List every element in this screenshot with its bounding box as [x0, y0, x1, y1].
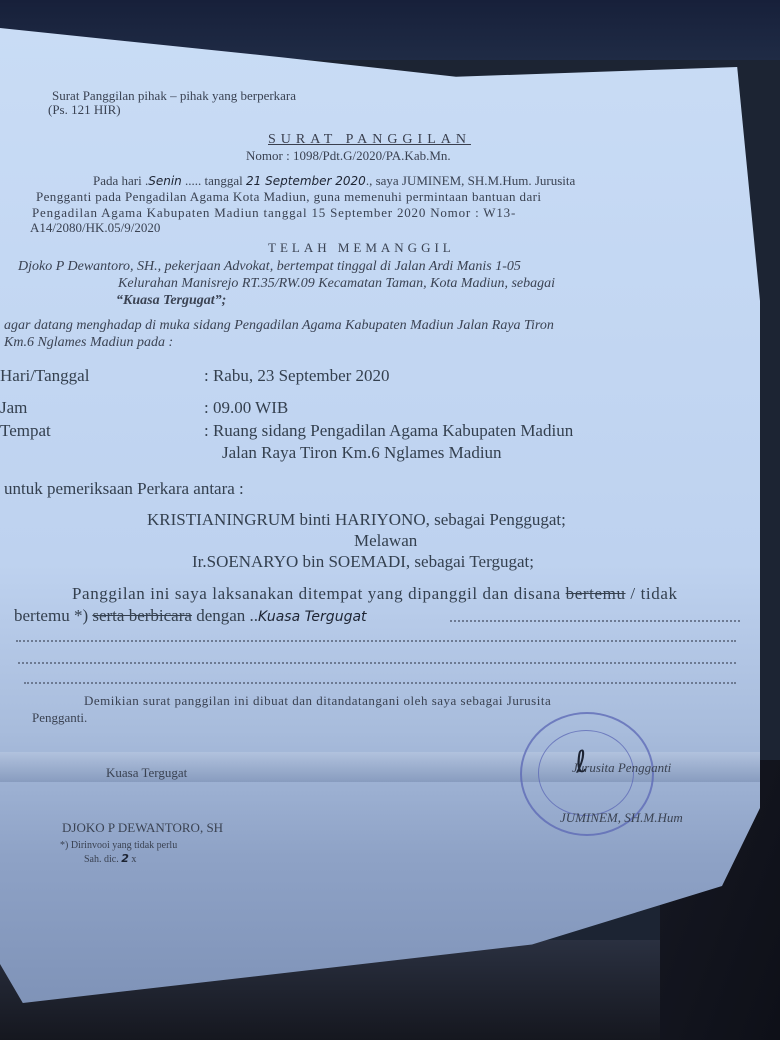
execution-line2-start: bertemu *) [14, 606, 88, 625]
intro-line2: Pengganti pada Pengadilan Agama Kota Mad… [36, 189, 541, 205]
handwritten-count: 2 [121, 852, 129, 865]
closing-line2: Pengganti. [32, 710, 87, 726]
closing-line1: Demikian surat panggilan ini dibuat dan … [84, 693, 551, 709]
document-title: SURAT PANGGILAN [268, 132, 471, 148]
dotted-line [24, 682, 736, 684]
execution-line1: Panggilan ini saya laksanakan ditempat y… [72, 584, 678, 604]
footnote-prefix: Sah. dic. [84, 854, 119, 865]
schedule-label-place: Tempat [0, 421, 51, 441]
dotted-line [16, 640, 736, 642]
execution-line1-end: / tidak [630, 584, 677, 603]
schedule-value-place-line2: Jalan Raya Tiron Km.6 Nglames Madiun [222, 443, 502, 463]
pada-hari-label: Pada hari . [93, 173, 148, 188]
struck-serta-berbicara: serta berbicara [92, 606, 192, 625]
signature-right-name: JUMINEM, SH.M.Hum [560, 810, 683, 826]
schedule-value-date: : Rabu, 23 September 2020 [204, 366, 390, 386]
handwritten-met-with: Kuasa Tergugat [258, 609, 367, 625]
execution-line1-text: Panggilan ini saya laksanakan ditempat y… [72, 584, 561, 603]
schedule-value-place: : Ruang sidang Pengadilan Agama Kabupate… [204, 421, 573, 441]
intro-line1: Pada hari .Senin ..... tanggal 21 Septem… [93, 173, 575, 189]
intro-line3: Pengadilan Agama Kabupaten Madiun tangga… [32, 205, 516, 221]
summoned-line1: Djoko P Dewantoro, SH., pekerjaan Advoka… [18, 259, 521, 275]
tanggal-label: ..... tanggal [185, 173, 243, 188]
appearance-line1: agar datang menghadap di muka sidang Pen… [4, 318, 554, 334]
footnote-suffix: x [131, 854, 136, 865]
dotted-line [450, 620, 740, 622]
execution-line2: bertemu *) serta berbicara dengan ..Kuas… [14, 606, 367, 626]
summons-document: Surat Panggilan pihak – pihak yang berpe… [0, 0, 780, 1040]
document-number: Nomor : 1098/Pdt.G/2020/PA.Kab.Mn. [246, 148, 451, 164]
summoned-heading: TELAH MEMANGGIL [268, 240, 455, 256]
caption-line2: (Ps. 121 HIR) [48, 102, 121, 118]
dotted-line [18, 662, 736, 664]
summoned-line2: Kelurahan Manisrejo RT.35/RW.09 Kecamata… [118, 276, 555, 292]
case-versus: Melawan [354, 531, 417, 551]
case-plaintiff: KRISTIANINGRUM binti HARIYONO, sebagai P… [147, 510, 566, 530]
footnote-line1: *) Dirinvooi yang tidak perlu [60, 840, 177, 851]
case-defendant: Ir.SOENARYO bin SOEMADI, sebagai Terguga… [192, 552, 534, 572]
case-intro: untuk pemeriksaan Perkara antara : [4, 479, 244, 499]
handwritten-day: Senin [148, 174, 182, 188]
signature-left-title: Kuasa Tergugat [106, 765, 187, 781]
intro-line4: A14/2080/HK.05/9/2020 [30, 220, 160, 236]
summoned-role: “Kuasa Tergugat”; [116, 293, 226, 309]
handwritten-date: 21 September 2020 [246, 174, 366, 188]
schedule-label-date: Hari/Tanggal [0, 366, 89, 386]
intro-line1-rest: ., saya JUMINEM, SH.M.Hum. Jurusita [366, 173, 575, 188]
signature-left-name: DJOKO P DEWANTORO, SH [62, 820, 223, 836]
schedule-value-time: : 09.00 WIB [204, 398, 288, 418]
execution-line2-mid: dengan .. [196, 606, 258, 625]
footnote-line2: Sah. dic. 2 x [84, 852, 136, 865]
schedule-label-time: Jam [0, 398, 27, 418]
appearance-line2: Km.6 Nglames Madiun pada : [4, 335, 173, 351]
struck-bertemu: bertemu [566, 584, 626, 603]
